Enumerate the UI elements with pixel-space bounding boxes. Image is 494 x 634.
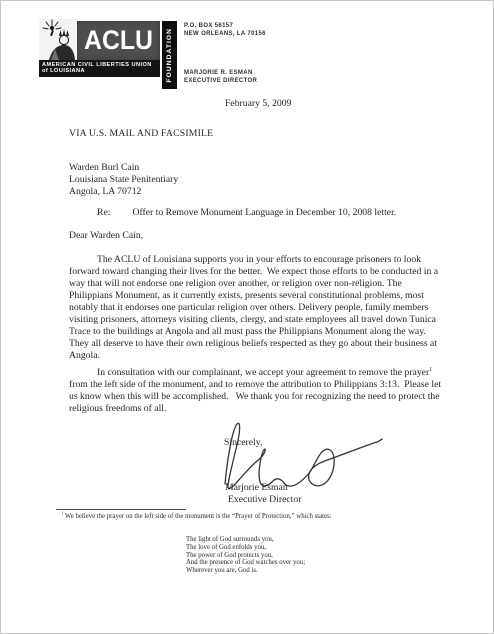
signer-title: Executive Director [228, 494, 301, 506]
re-line: Re: Offer to Remove Monument Language in… [97, 207, 396, 219]
re-subject: Offer to Remove Monument Language in Dec… [132, 207, 396, 219]
scanned-letter-page: ACLU AMERICAN CIVIL LIBERTIES UNION of L… [0, 0, 494, 634]
prayer-line: The power of God protects you, [186, 552, 305, 560]
foundation-label: FOUNDATION [166, 28, 173, 82]
org-name-bar: AMERICAN CIVIL LIBERTIES UNION of LOUISI… [39, 60, 160, 77]
salutation: Dear Warden Cain, [69, 230, 143, 242]
prayer-quote: The light of God surrounds you, The love… [186, 536, 305, 575]
city-line: NEW ORLEANS, LA 70156 [184, 31, 266, 39]
footnote-text: 1 We believe the prayer on the left side… [61, 513, 461, 521]
prayer-line: The light of God surrounds you, [186, 536, 305, 544]
recipient-org: Louisiana State Penitentiary [69, 174, 178, 186]
po-box-line: P.O. BOX 56157 [184, 23, 266, 31]
director-name: MARJORIE R. ESMAN [184, 70, 257, 78]
signer-name: Marjorie Esman [225, 482, 288, 494]
paragraph-2-text: In consultation with our complainant, we… [97, 367, 429, 378]
letter-date: February 5, 2009 [225, 98, 291, 110]
delivery-method: VIA U.S. MAIL AND FACSIMILE [69, 128, 213, 140]
footnote-body: We believe the prayer on the left side o… [63, 513, 331, 520]
body-paragraph-2: In consultation with our complainant, we… [69, 367, 445, 415]
re-label: Re: [97, 207, 110, 219]
recipient-address: Warden Burl Cain Louisiana State Peniten… [69, 162, 178, 198]
org-name-line2: of LOUISIANA [42, 68, 160, 74]
letterhead-director: MARJORIE R. ESMAN EXECUTIVE DIRECTOR [184, 70, 257, 85]
letterhead-address: P.O. BOX 56157 NEW ORLEANS, LA 70156 [184, 23, 266, 38]
recipient-name: Warden Burl Cain [69, 162, 178, 174]
recipient-city: Angola, LA 70712 [69, 186, 178, 198]
prayer-line: And the presence of God watches over you… [186, 559, 305, 567]
statue-of-liberty-icon [39, 19, 77, 60]
foundation-bar: FOUNDATION [162, 21, 177, 89]
prayer-line: Wherever you are, God is. [186, 567, 305, 575]
director-title: EXECUTIVE DIRECTOR [184, 78, 257, 86]
aclu-logo-text: ACLU [84, 27, 153, 54]
prayer-line: The love of God enfolds you, [186, 544, 305, 552]
footnote-separator [56, 509, 186, 510]
aclu-logo: ACLU [77, 21, 160, 60]
body-paragraph-1: The ACLU of Louisiana supports you in yo… [69, 254, 445, 362]
closing: Sincerely, [224, 437, 262, 449]
